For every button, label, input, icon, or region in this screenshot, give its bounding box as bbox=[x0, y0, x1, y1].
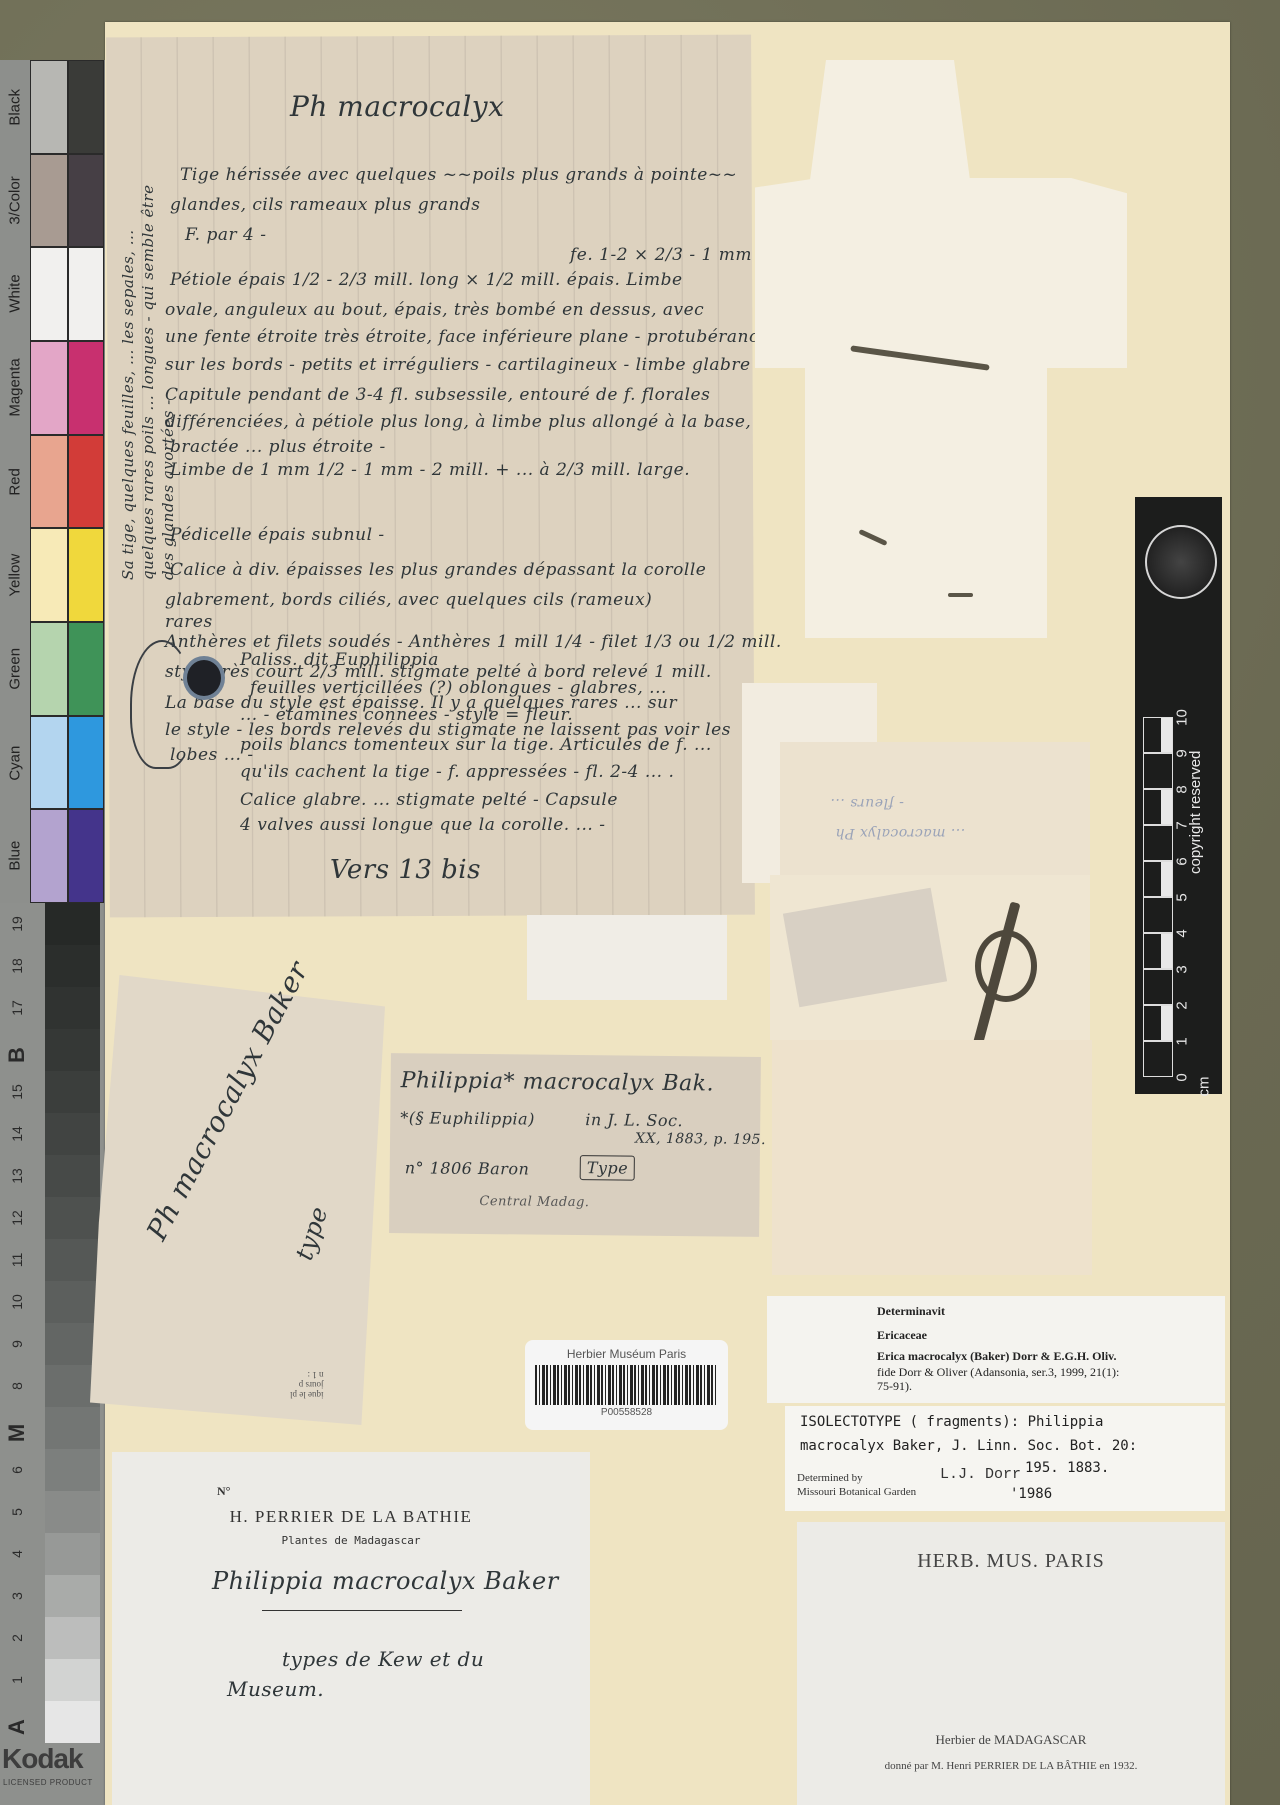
gray-step bbox=[45, 1071, 100, 1113]
iso-line-3: 195. 1883. bbox=[1025, 1460, 1109, 1476]
gray-step bbox=[45, 1491, 100, 1533]
gray-scale-label: M bbox=[4, 1418, 30, 1448]
scale-segment bbox=[1143, 789, 1173, 825]
gray-scale-label: 18 bbox=[9, 951, 25, 981]
gray-step bbox=[45, 1407, 100, 1449]
note-line: poils blancs tomenteux sur la tige. Arti… bbox=[240, 735, 712, 755]
gray-step bbox=[45, 987, 100, 1029]
note-line: ... - étamines connées - style = fleur. bbox=[240, 705, 573, 725]
gray-step bbox=[45, 1029, 100, 1071]
scale-segment bbox=[1143, 1041, 1173, 1077]
det-taxon: Erica macrocalyx (Baker) Dorr & E.G.H. O… bbox=[877, 1349, 1117, 1364]
scale-tick-label: 8 bbox=[1174, 781, 1191, 799]
scale-unit: cm bbox=[1196, 1079, 1213, 1097]
scale-tick-label: 3 bbox=[1174, 961, 1191, 979]
gray-scale-label: 2 bbox=[9, 1623, 25, 1653]
museum-donation: donné par M. Henri PERRIER DE LA BÂTHIE … bbox=[797, 1760, 1225, 1772]
scale-segment bbox=[1143, 897, 1173, 933]
det-family: Ericaceae bbox=[877, 1328, 927, 1343]
type-label-ref-detail: XX, 1883, p. 195. bbox=[635, 1131, 766, 1148]
gray-step bbox=[45, 1113, 100, 1155]
scale-tick-label: 7 bbox=[1174, 817, 1191, 835]
scale-segment bbox=[1143, 969, 1173, 1005]
gray-step bbox=[45, 1323, 100, 1365]
perrier-note-1: types de Kew et du bbox=[282, 1647, 484, 1671]
kodak-logo: Kodak bbox=[2, 1745, 102, 1773]
note-line: fe. 1-2 × 2/3 - 1 mm bbox=[570, 245, 752, 265]
gray-scale-label: 10 bbox=[9, 1287, 25, 1317]
note-line: Vers 13 bis bbox=[330, 855, 481, 885]
barcode-institution: Herbier Muséum Paris bbox=[525, 1347, 728, 1361]
color-swatch-light bbox=[30, 341, 68, 435]
museum-title: HERB. MUS. PARIS bbox=[797, 1550, 1225, 1573]
gray-scale-label: 4 bbox=[9, 1539, 25, 1569]
note-line: Anthères et filets soudés - Anthères 1 m… bbox=[165, 632, 782, 652]
color-patch-label: White bbox=[0, 247, 30, 341]
gray-scale-label: 1 bbox=[9, 1665, 25, 1695]
margin-note-line: quelques rares poils ... longues - qui s… bbox=[138, 185, 158, 581]
scale-tick-label: 1 bbox=[1174, 1033, 1191, 1051]
note-line: Calice à div. épaisses les plus grandes … bbox=[170, 560, 706, 580]
copyright-text: copyright reserved bbox=[1187, 647, 1217, 977]
type-label-collector: n° 1806 Baron bbox=[405, 1158, 530, 1178]
perrier-subtitle: Plantes de Madagascar bbox=[112, 1534, 590, 1547]
color-swatch-dark bbox=[68, 154, 104, 248]
baron-type-label: Philippia* macrocalyx Bak. *(§ Euphilipp… bbox=[389, 1053, 761, 1237]
blank-paper-slip bbox=[527, 915, 727, 1000]
perrier-collector: H. PERRIER DE LA BATHIE bbox=[112, 1507, 590, 1527]
det-heading: Determinavit bbox=[877, 1304, 945, 1319]
type-label-section: *(§ Euphilippia) bbox=[400, 1108, 535, 1128]
gray-step bbox=[45, 903, 100, 945]
color-swatch-light bbox=[30, 154, 68, 248]
envelope-body bbox=[755, 178, 1127, 368]
note-line: Capitule pendant de 3-4 fl. subsessile, … bbox=[165, 385, 710, 405]
gray-step bbox=[45, 1533, 100, 1575]
color-patch-label: Red bbox=[0, 435, 30, 529]
color-swatch-light bbox=[30, 528, 68, 622]
color-swatch-dark bbox=[68, 341, 104, 435]
note-line: rares bbox=[165, 612, 213, 632]
color-swatch-light bbox=[30, 716, 68, 810]
gray-step bbox=[45, 1155, 100, 1197]
color-swatch-light bbox=[30, 622, 68, 716]
gray-scale-label: 3 bbox=[9, 1581, 25, 1611]
color-swatch-dark bbox=[68, 435, 104, 529]
color-swatch-light bbox=[30, 809, 68, 903]
color-patch-label: Green bbox=[0, 622, 30, 716]
color-swatch-dark bbox=[68, 622, 104, 716]
scale-tick-label: 2 bbox=[1174, 997, 1191, 1015]
scale-tick-label: 0 bbox=[1174, 1069, 1191, 1087]
note-line: Pédicelle épais subnul - bbox=[170, 525, 385, 545]
gray-scale-label: 11 bbox=[9, 1245, 25, 1275]
ink-blot bbox=[187, 660, 221, 696]
scale-segment bbox=[1143, 825, 1173, 861]
gray-scale-label: 19 bbox=[9, 909, 25, 939]
note-line: Pétiole épais 1/2 - 2/3 mill. long × 1/2… bbox=[170, 270, 683, 290]
color-patch-label: Magenta bbox=[0, 341, 30, 435]
margin-note-line: Sa tige, quelques feuilles, ... les sepa… bbox=[118, 185, 138, 581]
note-line: feuilles verticillées (?) oblongues - gl… bbox=[250, 678, 667, 698]
ink-loop-mark bbox=[130, 640, 194, 769]
note-line: différenciées, à pétiole plus long, à li… bbox=[165, 412, 751, 432]
det-reference: fide Dorr & Oliver (Adansonia, ser.3, 19… bbox=[877, 1365, 1127, 1393]
gray-scale-label: A bbox=[4, 1712, 30, 1742]
note-line: Limbe de 1 mm 1/2 - 1 mm - 2 mill. + ...… bbox=[170, 460, 690, 480]
scale-segment bbox=[1143, 861, 1173, 897]
note-line: Calice glabre. ... stigmate pelté - Caps… bbox=[240, 790, 618, 810]
museum-label: HERB. MUS. PARIS Herbier de MADAGASCAR d… bbox=[797, 1522, 1225, 1805]
newsprint-fragment: ique le pl jours p n 1 : bbox=[290, 1370, 324, 1400]
note-line: Tige hérissée avec quelques ~~poils plus… bbox=[180, 165, 737, 185]
barcode-label: Herbier Muséum Paris P00558528 bbox=[525, 1340, 728, 1430]
color-swatch-light bbox=[30, 60, 68, 154]
color-patch-label: Yellow bbox=[0, 528, 30, 622]
newsprint-line: jours p bbox=[290, 1380, 324, 1390]
iso-determined-by: Determined by bbox=[797, 1472, 863, 1484]
scale-tick-label: 10 bbox=[1174, 709, 1191, 727]
gray-step bbox=[45, 1197, 100, 1239]
color-swatch-dark bbox=[68, 716, 104, 810]
gray-scale-label: 14 bbox=[9, 1119, 25, 1149]
color-swatch-light bbox=[30, 435, 68, 529]
specimen-fragment bbox=[948, 593, 973, 597]
newsprint-line: n 1 : bbox=[290, 1370, 324, 1380]
barcode-icon bbox=[535, 1365, 718, 1405]
note-line: glandes, cils rameaux plus grands bbox=[170, 195, 481, 215]
note-line: une fente étroite très étroite, face inf… bbox=[165, 327, 770, 347]
scale-tick-label: 4 bbox=[1174, 925, 1191, 943]
isolectotype-label: ISOLECTOTYPE ( fragments): Philippia mac… bbox=[785, 1406, 1225, 1511]
color-swatch-light bbox=[30, 247, 68, 341]
color-swatch-dark bbox=[68, 60, 104, 154]
gray-scale-label: B bbox=[4, 1040, 30, 1070]
color-patch-label: 3/Color bbox=[0, 154, 30, 248]
kodak-gray-scale: 191817B15141312111098M654321A bbox=[0, 903, 106, 1805]
taxon-underline bbox=[262, 1610, 462, 1611]
color-swatch-dark bbox=[68, 247, 104, 341]
note-line: glabrement, bords ciliés, avec quelques … bbox=[165, 590, 652, 610]
scale-segment bbox=[1143, 717, 1173, 753]
scale-segment bbox=[1143, 753, 1173, 789]
perrier-note-2: Museum. bbox=[227, 1677, 324, 1701]
note-line: qu'ils cachent la tige - f. appressées -… bbox=[240, 762, 674, 782]
gray-scale-label: 5 bbox=[9, 1497, 25, 1527]
gray-step bbox=[45, 1449, 100, 1491]
scale-segment bbox=[1143, 1005, 1173, 1041]
iso-line-1: ISOLECTOTYPE ( fragments): Philippia bbox=[800, 1414, 1103, 1430]
gray-step bbox=[45, 1239, 100, 1281]
museum-seal-icon bbox=[1145, 525, 1217, 599]
note-line: sur les bords - petits et irréguliers - … bbox=[165, 355, 751, 375]
gray-scale-label: 17 bbox=[9, 993, 25, 1023]
faint-envelope-note: - fleurs ... bbox=[830, 795, 904, 811]
iso-year: '1986 bbox=[1010, 1486, 1052, 1502]
gray-scale-label: 6 bbox=[9, 1455, 25, 1485]
museum-collection: Herbier de MADAGASCAR bbox=[797, 1732, 1225, 1748]
note-line: Paliss. dit Euphilippia bbox=[240, 650, 439, 670]
note-line: F. par 4 - bbox=[185, 225, 266, 245]
perrier-collector-label: N° H. PERRIER DE LA BATHIE Plantes de Ma… bbox=[112, 1452, 590, 1805]
scale-tick-label: 5 bbox=[1174, 889, 1191, 907]
color-swatch-dark bbox=[68, 809, 104, 903]
scale-tick-label: 9 bbox=[1174, 745, 1191, 763]
scale-tick-label: 6 bbox=[1174, 853, 1191, 871]
margin-note: Sa tige, quelques feuilles, ... les sepa… bbox=[118, 185, 178, 581]
faint-envelope-note: ... macrocalyx Ph bbox=[835, 825, 965, 841]
type-label-locality: Central Madag. bbox=[479, 1194, 589, 1210]
gray-scale-label: 9 bbox=[9, 1329, 25, 1359]
gray-scale-label: 15 bbox=[9, 1077, 25, 1107]
gray-scale-label: 12 bbox=[9, 1203, 25, 1233]
note-line: 4 valves aussi longue que la corolle. ..… bbox=[240, 815, 605, 835]
gray-step bbox=[45, 1617, 100, 1659]
type-label-taxon: Philippia* macrocalyx Bak. bbox=[401, 1068, 715, 1096]
type-label-status: Type bbox=[580, 1155, 636, 1181]
kodak-licensed-text: LICENSED PRODUCT bbox=[3, 1778, 93, 1787]
perrier-taxon: Philippia macrocalyx Baker bbox=[212, 1567, 559, 1595]
type-label-ref: in J. L. Soc. bbox=[585, 1110, 683, 1130]
gray-step bbox=[45, 1659, 100, 1701]
note-line: bractée ... plus étroite - bbox=[170, 437, 386, 457]
notes-title: Ph macrocalyx bbox=[290, 90, 504, 123]
gray-step bbox=[45, 945, 100, 987]
newsprint-line: ique le pl bbox=[290, 1390, 324, 1400]
scale-bar: copyright reserved 012345678910cm bbox=[1135, 497, 1222, 1094]
gray-step bbox=[45, 1701, 100, 1743]
envelope-flap-top bbox=[810, 60, 970, 180]
iso-line-2: macrocalyx Baker, J. Linn. Soc. Bot. 20: bbox=[800, 1438, 1137, 1454]
specimen-leaf-cluster bbox=[975, 930, 1037, 1002]
margin-note-line: des glandes avortées - bbox=[158, 185, 178, 581]
kodak-color-chart: Black3/ColorWhiteMagentaRedYellowGreenCy… bbox=[0, 60, 106, 903]
color-patch-label: Black bbox=[0, 60, 30, 154]
color-swatch-dark bbox=[68, 528, 104, 622]
determination-label: Determinavit Ericaceae Erica macrocalyx … bbox=[767, 1296, 1225, 1403]
color-patch-label: Blue bbox=[0, 809, 30, 903]
gray-step bbox=[45, 1281, 100, 1323]
specimen-packet-lower bbox=[772, 1040, 1092, 1275]
barcode-number: P00558528 bbox=[525, 1407, 728, 1418]
envelope-flap-bottom bbox=[805, 368, 1047, 638]
note-line: ovale, anguleux au bout, épais, très bom… bbox=[165, 300, 704, 320]
iso-determiner: L.J. Dorr bbox=[940, 1466, 1021, 1483]
torn-type-label bbox=[90, 975, 385, 1425]
gray-scale-label: 8 bbox=[9, 1371, 25, 1401]
gray-step bbox=[45, 1575, 100, 1617]
scale-segment bbox=[1143, 933, 1173, 969]
gray-scale-label: 13 bbox=[9, 1161, 25, 1191]
perrier-number-prefix: N° bbox=[217, 1484, 230, 1499]
color-patch-label: Cyan bbox=[0, 716, 30, 810]
iso-institution: Missouri Botanical Garden bbox=[797, 1486, 916, 1498]
